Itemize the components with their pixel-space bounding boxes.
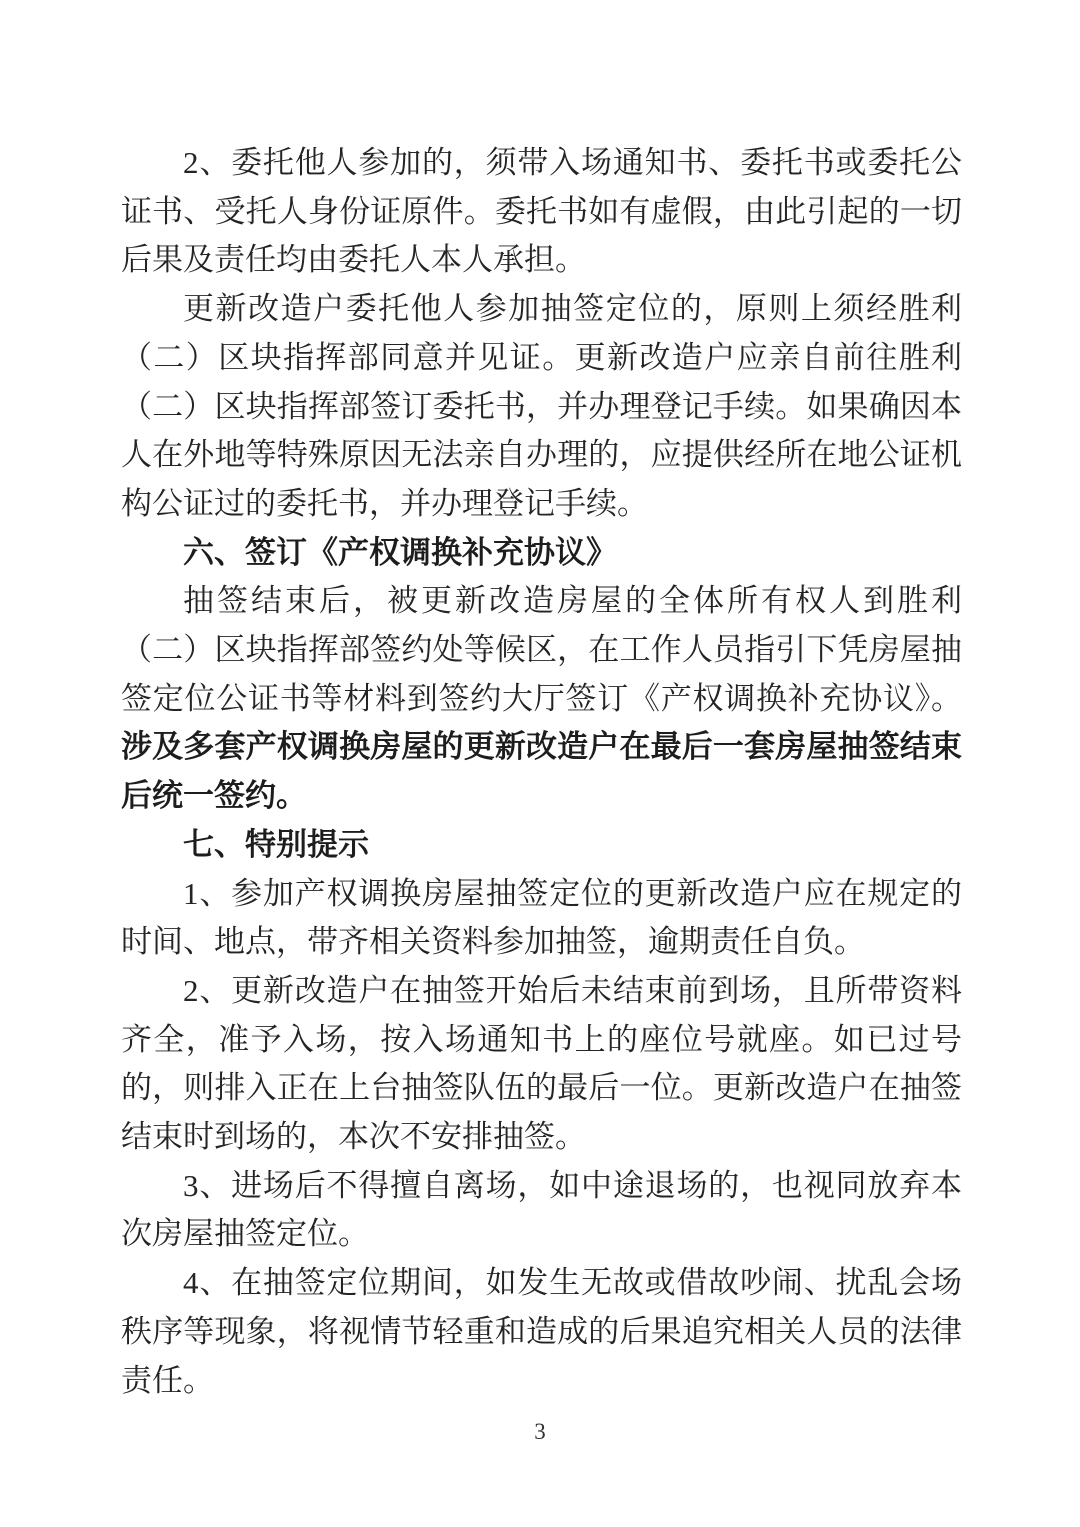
paragraph-delegation-requirements: 2、委托他人参加的，须带入场通知书、委托书或委托公证书、受托人身份证原件。委托书… [121,139,962,285]
paragraph-delegation-procedure: 更新改造户委托他人参加抽签定位的，原则上须经胜利（二）区块指挥部同意并见证。更新… [121,285,962,529]
notice-item-3: 3、进场后不得擅自离场，如中途退场的，也视同放弃本次房屋抽签定位。 [121,1162,962,1259]
section-heading-7-special-notes: 七、特别提示 [121,821,962,870]
document-body: 2、委托他人参加的，须带入场通知书、委托书或委托公证书、受托人身份证原件。委托书… [121,139,962,1405]
section-heading-6-supplementary-agreement: 六、签订《产权调换补充协议》 [121,529,962,578]
notice-item-4: 4、在抽签定位期间，如发生无故或借故吵闹、扰乱会场秩序等现象，将视情节轻重和造成… [121,1259,962,1405]
document-page: 2、委托他人参加的，须带入场通知书、委托书或委托公证书、受托人身份证原件。委托书… [0,0,1080,1527]
paragraph-signing-process: 抽签结束后，被更新改造房屋的全体所有权人到胜利（二）区块指挥部签约处等候区，在工… [121,577,962,821]
notice-item-2: 2、更新改造户在抽签开始后未结束前到场，且所带资料齐全，准予入场，按入场通知书上… [121,967,962,1162]
notice-item-1: 1、参加产权调换房屋抽签定位的更新改造户应在规定的时间、地点，带齐相关资料参加抽… [121,870,962,967]
paragraph-signing-emphasis-text: 涉及多套产权调换房屋的更新改造户在最后一套房屋抽签结束后统一签约。 [121,729,962,813]
page-number: 3 [0,1418,1080,1446]
paragraph-signing-normal-text: 抽签结束后，被更新改造房屋的全体所有权人到胜利（二）区块指挥部签约处等候区，在工… [121,583,962,715]
